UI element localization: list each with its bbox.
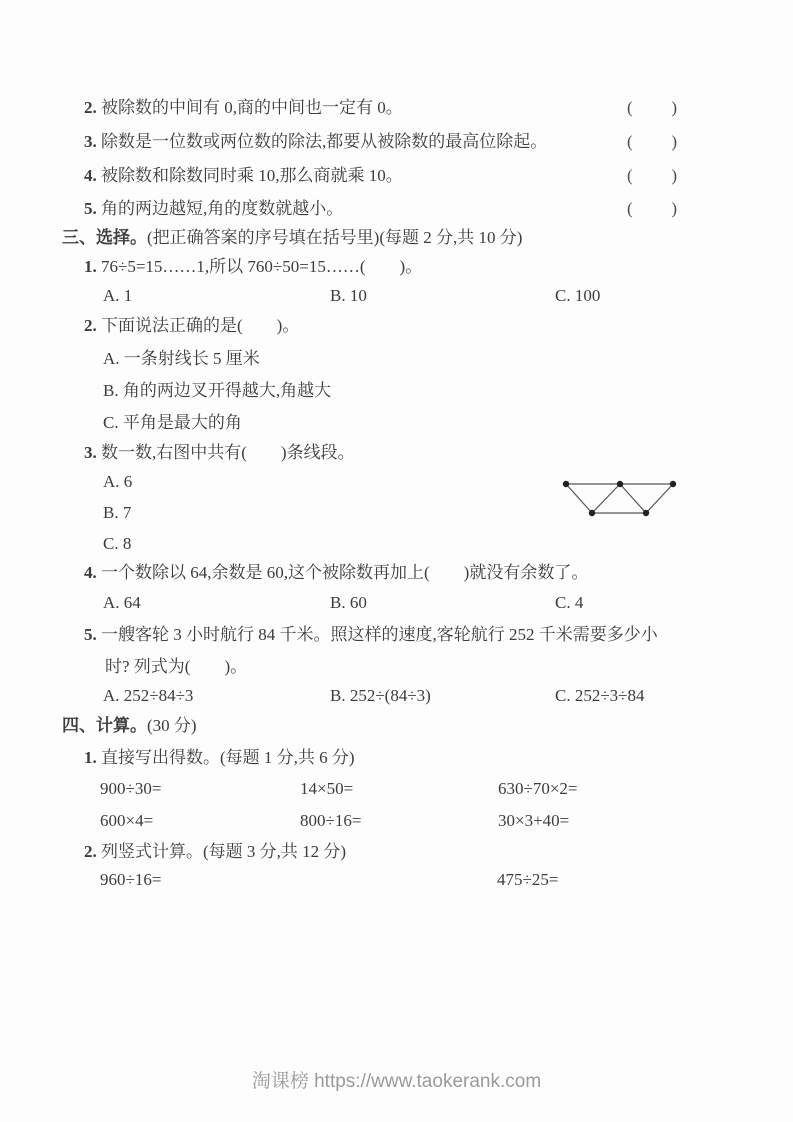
question-text: 下面说法正确的是( )。 xyxy=(101,316,299,335)
section-title: 三、选择。 xyxy=(62,228,147,247)
choice-question-1: 1. 76÷5=15……1,所以 760÷50=15……( )。 xyxy=(84,255,422,279)
calc-expression: 30×3+40= xyxy=(498,809,569,833)
choice-section-header: 三、选择。(把正确答案的序号填在括号里)(每题 2 分,共 10 分) xyxy=(62,226,522,250)
option-c: C. 252÷3÷84 xyxy=(555,684,645,708)
item-text: 列竖式计算。(每题 3 分,共 12 分) xyxy=(101,842,346,861)
item-text: 被除数的中间有 0,商的中间也一定有 0。 xyxy=(101,98,403,117)
option-b: B. 60 xyxy=(330,591,367,615)
option-a: A. 252÷84÷3 xyxy=(103,684,193,708)
question-number: 2. xyxy=(84,316,97,335)
option-c: C. 8 xyxy=(103,532,131,556)
paren-close: ) xyxy=(671,164,677,188)
option-b: B. 7 xyxy=(103,501,131,525)
option-b: B. 角的两边叉开得越大,角越大 xyxy=(103,379,331,403)
paren-open: ( xyxy=(627,197,633,221)
calc-expression: 14×50= xyxy=(300,777,353,801)
paren-open: ( xyxy=(627,164,633,188)
calc-expression: 900÷30= xyxy=(100,777,161,801)
item-number: 4. xyxy=(84,166,97,185)
section-title: 四、计算。 xyxy=(62,716,147,735)
question-text: 一个数除以 64,余数是 60,这个被除数再加上( )就没有余数了。 xyxy=(101,563,588,582)
question-text: 数一数,右图中共有( )条线段。 xyxy=(101,443,355,462)
question-number: 1. xyxy=(84,257,97,276)
item-number: 5. xyxy=(84,199,97,218)
choice-question-3: 3. 数一数,右图中共有( )条线段。 xyxy=(84,441,355,465)
item-text: 直接写出得数。(每题 1 分,共 6 分) xyxy=(101,748,355,767)
item-text: 被除数和除数同时乘 10,那么商就乘 10。 xyxy=(101,166,403,185)
question-number: 3. xyxy=(84,443,97,462)
judge-item-5: 5. 角的两边越短,角的度数就越小。 xyxy=(84,197,343,221)
paren-close: ) xyxy=(671,96,677,120)
judge-item-2: 2. 被除数的中间有 0,商的中间也一定有 0。 xyxy=(84,96,403,120)
option-a: A. 6 xyxy=(103,470,132,494)
choice-question-5-continued: 时? 列式为( )。 xyxy=(105,655,247,679)
option-a: A. 一条射线长 5 厘米 xyxy=(103,347,260,371)
option-c: C. 100 xyxy=(555,284,600,308)
answer-bracket: ( ) xyxy=(627,164,677,188)
question-number: 4. xyxy=(84,563,97,582)
item-number: 2. xyxy=(84,842,97,861)
calc-sub1-label: 1. 直接写出得数。(每题 1 分,共 6 分) xyxy=(84,746,355,770)
calc-expression: 960÷16= xyxy=(100,868,161,892)
section-subtitle: (把正确答案的序号填在括号里)(每题 2 分,共 10 分) xyxy=(147,228,522,247)
option-c: C. 4 xyxy=(555,591,583,615)
answer-bracket: ( ) xyxy=(627,130,677,154)
calc-section-header: 四、计算。(30 分) xyxy=(62,714,197,738)
judge-item-3: 3. 除数是一位数或两位数的除法,都要从被除数的最高位除起。 xyxy=(84,130,547,154)
calc-expression: 475÷25= xyxy=(497,868,558,892)
answer-bracket: ( ) xyxy=(627,197,677,221)
option-a: A. 64 xyxy=(103,591,141,615)
paren-open: ( xyxy=(627,96,633,120)
calc-expression: 800÷16= xyxy=(300,809,361,833)
line-segment-figure xyxy=(556,472,682,526)
choice-question-2: 2. 下面说法正确的是( )。 xyxy=(84,314,299,338)
paren-open: ( xyxy=(627,130,633,154)
option-a: A. 1 xyxy=(103,284,132,308)
paren-close: ) xyxy=(671,130,677,154)
item-number: 2. xyxy=(84,98,97,117)
question-text: 76÷5=15……1,所以 760÷50=15……( )。 xyxy=(101,257,422,276)
worksheet-page: 2. 被除数的中间有 0,商的中间也一定有 0。 ( ) 3. 除数是一位数或两… xyxy=(0,0,793,1122)
choice-question-5: 5. 一艘客轮 3 小时航行 84 千米。照这样的速度,客轮航行 252 千米需… xyxy=(84,623,658,647)
watermark-footer: 淘课榜 https://www.taokerank.com xyxy=(0,1066,793,1093)
section-subtitle: (30 分) xyxy=(147,716,197,735)
question-text-line1: 一艘客轮 3 小时航行 84 千米。照这样的速度,客轮航行 252 千米需要多少… xyxy=(101,625,658,644)
answer-bracket: ( ) xyxy=(627,96,677,120)
item-number: 3. xyxy=(84,132,97,151)
paren-close: ) xyxy=(671,197,677,221)
judge-item-4: 4. 被除数和除数同时乘 10,那么商就乘 10。 xyxy=(84,164,403,188)
choice-question-4: 4. 一个数除以 64,余数是 60,这个被除数再加上( )就没有余数了。 xyxy=(84,561,588,585)
item-number: 1. xyxy=(84,748,97,767)
option-b: B. 10 xyxy=(330,284,367,308)
question-text-line2: 时? 列式为( )。 xyxy=(105,657,247,676)
question-number: 5. xyxy=(84,625,97,644)
option-b: B. 252÷(84÷3) xyxy=(330,684,431,708)
calc-expression: 600×4= xyxy=(100,809,153,833)
option-c: C. 平角是最大的角 xyxy=(103,411,242,435)
item-text: 除数是一位数或两位数的除法,都要从被除数的最高位除起。 xyxy=(101,132,547,151)
calc-expression: 630÷70×2= xyxy=(498,777,578,801)
calc-sub2-label: 2. 列竖式计算。(每题 3 分,共 12 分) xyxy=(84,840,346,864)
item-text: 角的两边越短,角的度数就越小。 xyxy=(101,199,343,218)
